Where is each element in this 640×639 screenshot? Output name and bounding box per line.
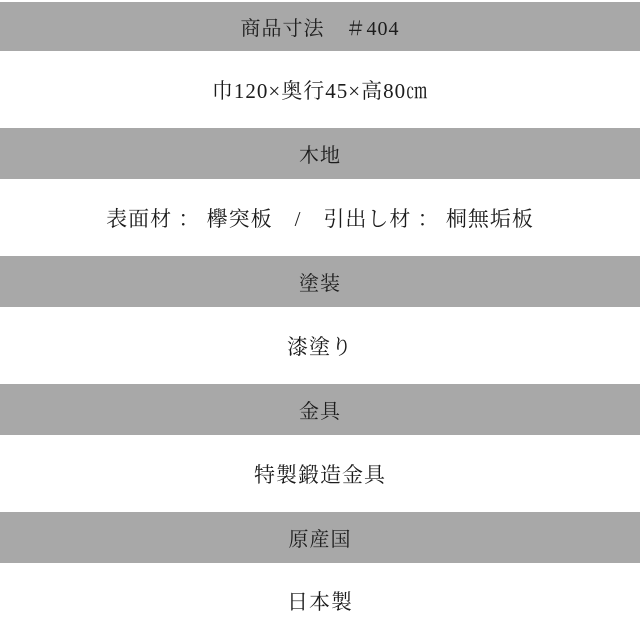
spec-value-text: 日本製: [287, 586, 353, 616]
product-spec-table: 商品寸法 ＃404 巾120×奥行45×高80㎝ 木地 表面材 ： 欅突板 / …: [0, 0, 640, 639]
spec-section-dimensions: 商品寸法 ＃404 巾120×奥行45×高80㎝: [0, 2, 640, 128]
spec-header-row: 原産国: [0, 512, 640, 563]
spec-header-label: 原産国: [289, 523, 352, 552]
spec-section-hardware: 金具 特製鍛造金具: [0, 384, 640, 512]
spec-value-text: 巾120×奥行45×高80㎝: [212, 75, 428, 105]
spec-header-row: 商品寸法 ＃404: [0, 2, 640, 51]
spec-value-row: 特製鍛造金具: [0, 435, 640, 512]
spec-value-row: 巾120×奥行45×高80㎝: [0, 51, 640, 128]
spec-header-row: 金具: [0, 384, 640, 435]
spec-value-text: 特製鍛造金具: [254, 459, 386, 489]
spec-value-row: 表面材 ： 欅突板 / 引出し材 ： 桐無垢板: [0, 179, 640, 256]
spec-header-label: 商品寸法 ＃404: [241, 12, 400, 41]
spec-value-text: 漆塗り: [287, 331, 353, 361]
spec-section-wood: 木地 表面材 ： 欅突板 / 引出し材 ： 桐無垢板: [0, 128, 640, 256]
spec-section-origin: 原産国 日本製: [0, 512, 640, 639]
spec-header-row: 塗装: [0, 256, 640, 307]
spec-section-finish: 塗装 漆塗り: [0, 256, 640, 384]
spec-value-text: 表面材 ： 欅突板 / 引出し材 ： 桐無垢板: [106, 203, 534, 233]
spec-header-row: 木地: [0, 128, 640, 179]
spec-header-label: 塗装: [299, 267, 341, 296]
spec-value-row: 漆塗り: [0, 307, 640, 384]
spec-header-label: 木地: [299, 139, 341, 168]
spec-value-row: 日本製: [0, 563, 640, 639]
spec-header-label: 金具: [299, 395, 341, 424]
